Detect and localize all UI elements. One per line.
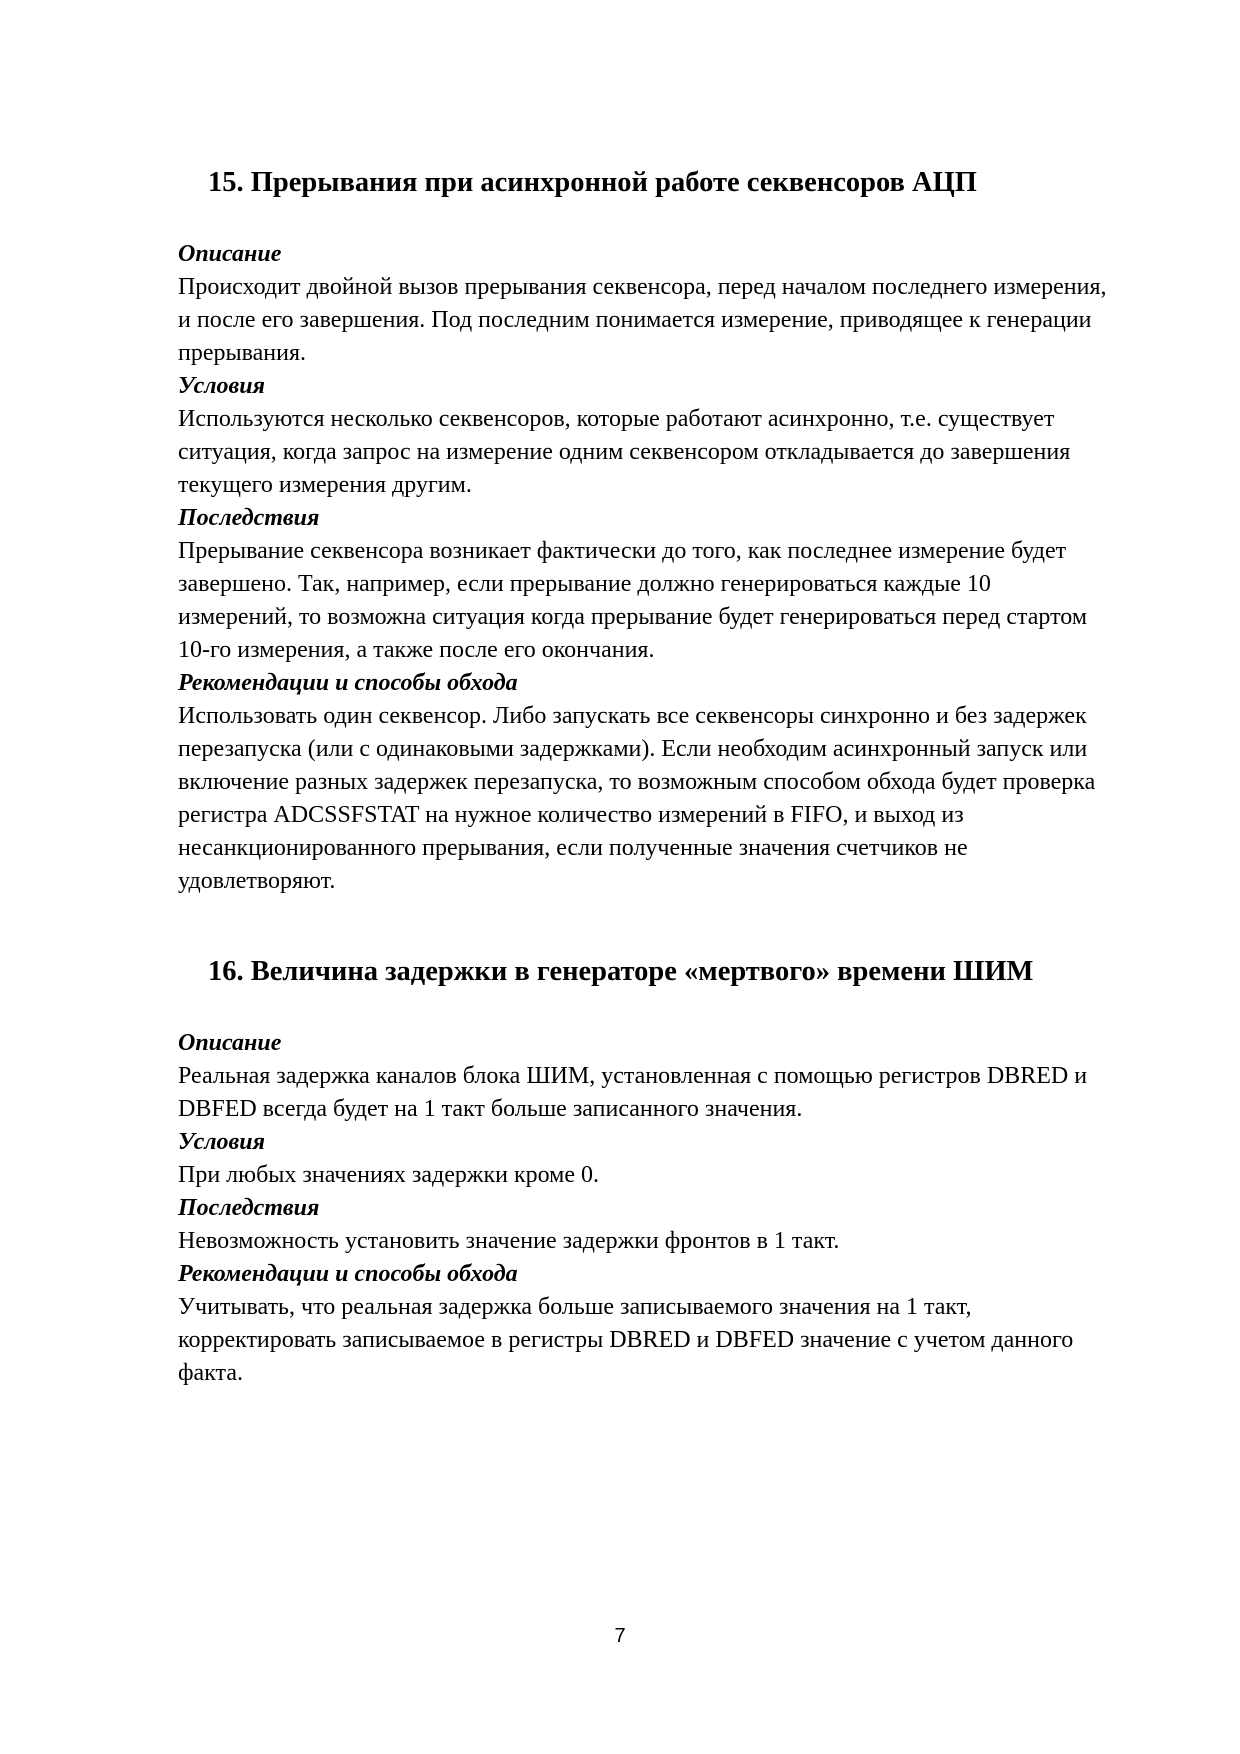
subheading-workaround: Рекомендации и способы обхода [178, 667, 1158, 700]
subheading-consequences: Последствия [178, 502, 1158, 535]
section-title: 16. Величина задержки в генераторе «мерт… [208, 952, 1158, 992]
subheading-consequences: Последствия [178, 1192, 1158, 1225]
paragraph-description: Происходит двойной вызов прерывания секв… [178, 271, 1158, 370]
paragraph-workaround: Учитывать, что реальная задержка больше … [178, 1291, 1158, 1390]
section-15: 15. Прерывания при асинхронной работе се… [178, 163, 1158, 898]
paragraph-conditions: При любых значениях задержки кроме 0. [178, 1159, 1158, 1192]
subheading-description: Описание [178, 238, 1158, 271]
section-16: 16. Величина задержки в генераторе «мерт… [178, 952, 1158, 1390]
subheading-conditions: Условия [178, 1126, 1158, 1159]
subheading-workaround: Рекомендации и способы обхода [178, 1258, 1158, 1291]
paragraph-consequences: Прерывание секвенсора возникает фактичес… [178, 535, 1158, 667]
subheading-description: Описание [178, 1027, 1158, 1060]
section-title: 15. Прерывания при асинхронной работе се… [208, 163, 1158, 203]
section-body: Описание Реальная задержка каналов блока… [178, 1027, 1158, 1390]
subheading-conditions: Условия [178, 370, 1158, 403]
paragraph-description: Реальная задержка каналов блока ШИМ, уст… [178, 1060, 1158, 1126]
paragraph-consequences: Невозможность установить значение задерж… [178, 1225, 1158, 1258]
section-body: Описание Происходит двойной вызов прерыв… [178, 238, 1158, 898]
paragraph-conditions: Используются несколько секвенсоров, кото… [178, 403, 1158, 502]
paragraph-workaround: Использовать один секвенсор. Либо запуск… [178, 700, 1158, 898]
page-number: 7 [0, 1625, 1240, 1648]
